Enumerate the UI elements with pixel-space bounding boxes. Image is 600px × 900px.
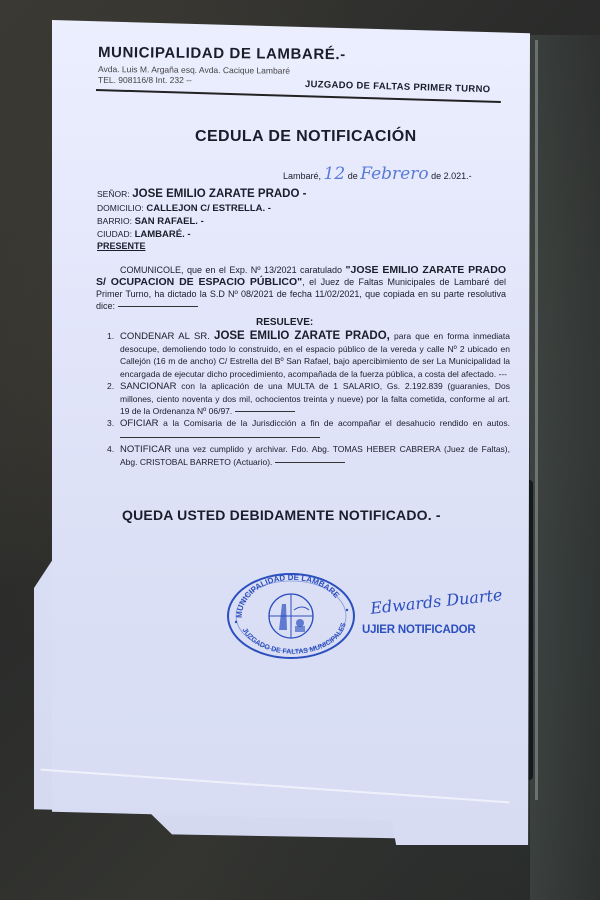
recipient-neighborhood: Barrio: SAN RAFAEL. - bbox=[97, 216, 204, 227]
signature: Edwards Duarte bbox=[369, 585, 503, 618]
court-stamp-icon: MUNICIPALIDAD DE LAMBARE JUZGADO DE FALT… bbox=[224, 570, 359, 660]
document-title: CEDULA DE NOTIFICACIÓN bbox=[195, 128, 417, 146]
date-year: de 2.021.- bbox=[431, 171, 472, 181]
institution-name: MUNICIPALIDAD DE LAMBARÉ.- bbox=[98, 44, 346, 63]
presente-label: PRESENTE bbox=[97, 241, 146, 251]
recipient-city: Ciudad: LAMBARÉ. - bbox=[97, 229, 191, 240]
institution-phone: TEL. 908116/8 Int. 232 -- bbox=[98, 75, 192, 85]
notified-statement: QUEDA USTED DEBIDAMENTE NOTIFICADO. - bbox=[122, 507, 441, 523]
resolves-heading: RESULEVE: bbox=[256, 317, 313, 328]
svg-text:MUNICIPALIDAD DE LAMBARE: MUNICIPALIDAD DE LAMBARE bbox=[235, 573, 342, 618]
date-day: 12 bbox=[324, 164, 346, 184]
date-line: Lambaré, 12 de Febrero de 2.021.- bbox=[283, 164, 472, 184]
resolution-item: 3. OFICIAR a la Comisaria de la Jurisdic… bbox=[110, 417, 510, 442]
resolution-item: 1. CONDENAR AL SR. JOSE EMILIO ZARATE PR… bbox=[110, 330, 510, 380]
recipient-name: Señor: JOSE EMILIO ZARATE PRADO - bbox=[97, 188, 306, 200]
signer-role: UJIER NOTIFICADOR bbox=[362, 624, 476, 636]
date-de: de bbox=[348, 171, 358, 181]
date-city: Lambaré, bbox=[283, 171, 321, 181]
resolution-item: 4. NOTIFICAR una vez cumplido y archivar… bbox=[110, 443, 510, 468]
stamp-top-text: MUNICIPALIDAD DE LAMBARE bbox=[235, 573, 342, 618]
date-month: Febrero bbox=[360, 164, 428, 184]
recipient-domicile: Domicilio: CALLEJON C/ ESTRELLA. - bbox=[97, 203, 271, 214]
resolution-item: 2. SANCIONAR con la aplicación de una MU… bbox=[110, 380, 510, 418]
resolution-list: 1. CONDENAR AL SR. JOSE EMILIO ZARATE PR… bbox=[110, 330, 510, 468]
document: MUNICIPALIDAD DE LAMBARÉ.- Avda. Luis M.… bbox=[0, 0, 600, 900]
communication-paragraph: COMUNICOLE, que en el Exp. Nº 13/2021 ca… bbox=[96, 264, 506, 312]
court-name: JUZGADO DE FALTAS PRIMER TURNO bbox=[305, 79, 491, 95]
institution-address: Avda. Luis M. Argaña esq. Avda. Cacique … bbox=[98, 64, 290, 76]
